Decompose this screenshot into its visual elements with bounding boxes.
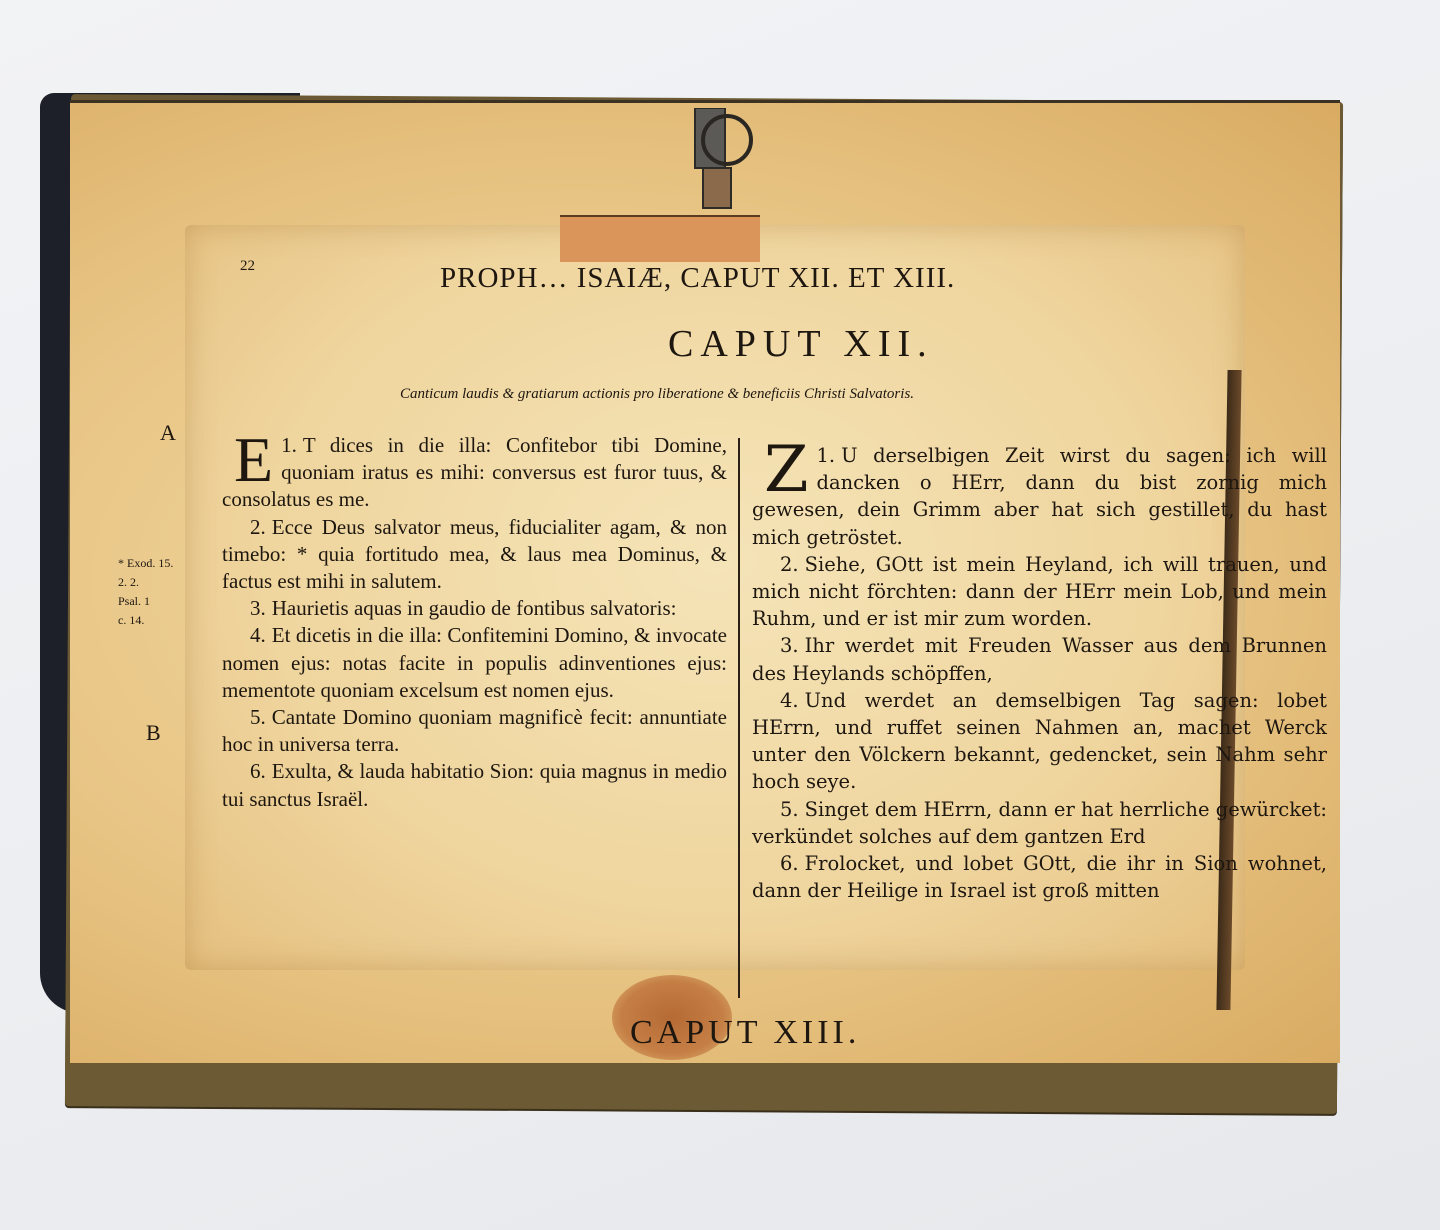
verse-text: T dices in die illa: Confitebor tibi Dom… [222,433,727,511]
verse-text: Haurietis aquas in gaudio de fontibus sa… [272,596,677,620]
verse: 1.ZU derselbigen Zeit wirst du sagen: ic… [752,442,1327,551]
verse-text: Frolocket, und lobet GOtt, die ihr in Si… [752,852,1327,902]
verse-text: U derselbigen Zeit wirst du sagen: ich w… [752,444,1327,549]
verse-number: 5. [250,705,266,729]
drop-cap: Z [764,444,808,496]
margin-ref-line: Psal. 1 [118,592,173,611]
verse: 4.Et dicetis in die illa: Confitemini Do… [222,622,727,704]
verse-number: 6. [780,852,799,875]
verse-number: 5. [780,798,799,821]
verse-text: Ihr werdet mit Freuden Wasser aus dem Br… [752,634,1327,684]
verse-text: Singet dem HErrn, dann er hat herrliche … [752,798,1327,848]
page-number: 22 [240,258,255,275]
chapter-title: CAPUT XII. [668,322,934,366]
margin-letter-a: A [160,420,176,446]
margin-ref-line: c. 14. [118,611,173,630]
chapter-summary: Canticum laudis & gratiarum actionis pro… [400,386,914,403]
hanging-loop-icon [685,108,765,218]
verse-number: 6. [250,759,266,783]
verse: 5.Singet dem HErrn, dann er hat herrlich… [752,796,1327,850]
next-chapter-title: CAPUT XIII. [630,1014,860,1052]
verse-number: 1. [281,433,297,457]
verse-text: Exulta, & lauda habitatio Sion: quia mag… [222,759,727,810]
verse-number: 3. [250,596,266,620]
verse-number: 3. [780,634,799,657]
verse: 3.Haurietis aquas in gaudio de fontibus … [222,595,727,622]
paper-tear [560,215,760,262]
verse-text: Et dicetis in die illa: Confitemini Domi… [222,623,727,701]
verse-number: 2. [780,553,799,576]
verse-text: Ecce Deus salvator meus, fiducialiter ag… [222,515,727,593]
margin-ref-line: * Exod. 15. [118,554,173,573]
verse: 4.Und werdet an demselbigen Tag sagen: l… [752,687,1327,796]
verse: 1.ET dices in die illa: Confitebor tibi … [222,432,727,514]
column-divider [738,438,740,998]
verse: 6.Exulta, & lauda habitatio Sion: quia m… [222,758,727,812]
margin-ref-line: 2. 2. [118,573,173,592]
margin-letter-b: B [146,720,161,746]
verse-number: 4. [250,623,266,647]
verse-number: 2. [250,515,266,539]
verse-text: Cantate Domino quoniam magnificè fecit: … [222,705,727,756]
verse: 5.Cantate Domino quoniam magnificè fecit… [222,704,727,758]
verse: 2.Siehe, GOtt ist mein Heyland, ich will… [752,551,1327,633]
verse: 2.Ecce Deus salvator meus, fiducialiter … [222,514,727,596]
verse-number: 1. [816,444,835,467]
verse-text: Siehe, GOtt ist mein Heyland, ich will t… [752,553,1327,630]
latin-column: 1.ET dices in die illa: Confitebor tibi … [222,432,727,813]
drop-cap: E [234,434,273,486]
verse-number: 4. [780,689,799,712]
verse-text: Und werdet an demselbigen Tag sagen: lob… [752,689,1327,794]
verse: 6.Frolocket, und lobet GOtt, die ihr in … [752,850,1327,904]
german-column: 1.ZU derselbigen Zeit wirst du sagen: ic… [752,442,1327,904]
running-head: PROPH… ISAIÆ, CAPUT XII. ET XIII. [440,262,955,295]
verse: 3.Ihr werdet mit Freuden Wasser aus dem … [752,632,1327,686]
margin-reference: * Exod. 15. 2. 2. Psal. 1 c. 14. [118,554,173,630]
